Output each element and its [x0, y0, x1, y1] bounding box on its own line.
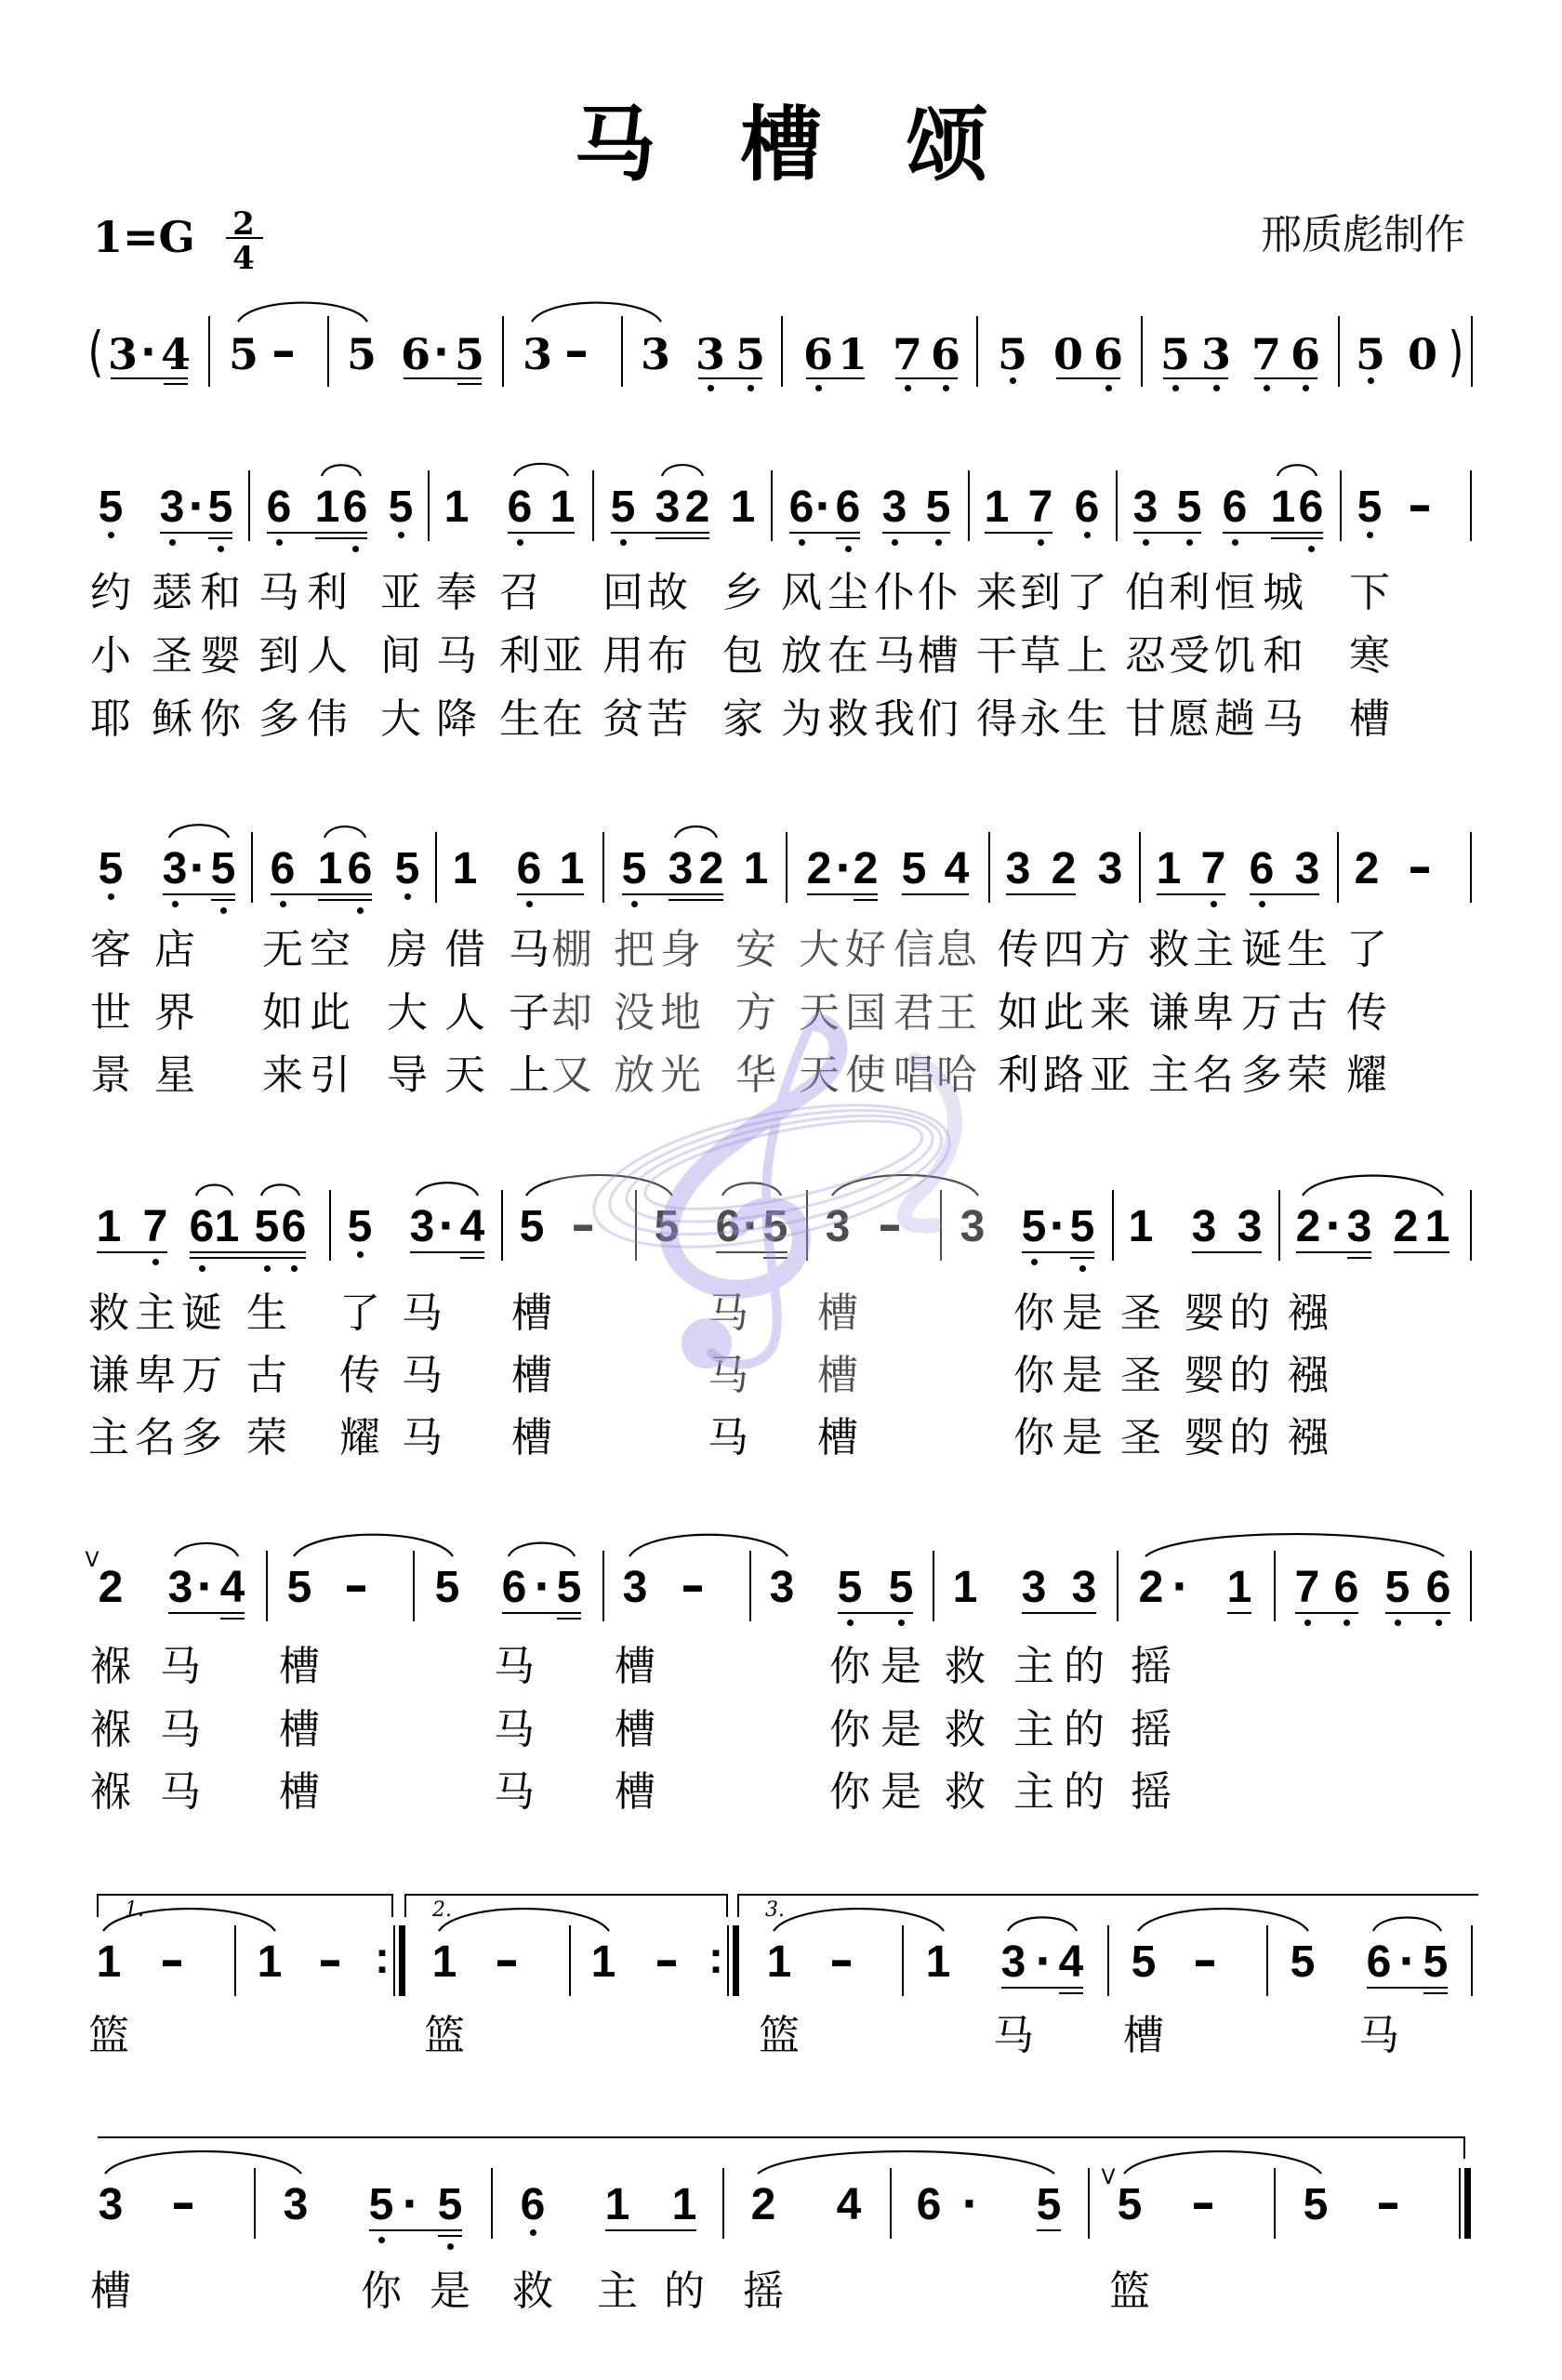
lyric-syllable: 和: [1263, 636, 1304, 677]
lyric-syllable: 传: [339, 1355, 380, 1396]
note: 5: [998, 333, 1027, 376]
low-octave-dot: [276, 539, 283, 546]
lyric-syllable: 圣: [1120, 1355, 1161, 1396]
low-octave-dot: [404, 893, 411, 900]
lyric-syllable: 槽: [511, 1355, 552, 1396]
low-octave-dot: [708, 385, 714, 391]
eighth-underline: [190, 1251, 306, 1253]
low-octave-dot: [199, 1265, 205, 1272]
volta-bracket-end: [1463, 2136, 1465, 2159]
volta-bracket-left: [737, 1894, 739, 1917]
low-octave-dot: [530, 2229, 536, 2236]
note: 6: [190, 1205, 215, 1249]
sustain-dash: -: [160, 1933, 184, 1985]
low-octave-dot: [1436, 1620, 1442, 1626]
lyric-syllable: 安: [735, 930, 776, 971]
lyric-syllable: 方: [735, 993, 776, 1034]
lyric-syllable: 槽: [279, 1646, 320, 1687]
note: 6: [917, 2183, 942, 2228]
barline: [1139, 832, 1141, 903]
lyric-syllable: 的: [1064, 1646, 1105, 1687]
sustain-dash: -: [271, 324, 296, 376]
note: 5: [99, 847, 124, 892]
eighth-underline: [1385, 1612, 1450, 1614]
lyric-syllable: 救: [1148, 930, 1189, 971]
barline: [592, 470, 594, 541]
lyric-syllable: 店: [154, 930, 195, 971]
lyric-syllable: 摇: [743, 2271, 784, 2312]
note: 6: [348, 847, 373, 892]
lyric-syllable: 小: [90, 636, 131, 677]
note: 5: [438, 2183, 463, 2228]
low-octave-dot: [152, 1259, 159, 1265]
note: 3: [695, 333, 725, 376]
lyric-syllable: 的: [1064, 1772, 1105, 1813]
low-octave-dot: [1344, 1620, 1350, 1626]
barline: [569, 1925, 571, 1996]
lyric-syllable: 无: [262, 930, 303, 971]
barline: [1471, 316, 1473, 387]
lyric-syllable: 上: [509, 1055, 549, 1096]
note: 6: [343, 485, 368, 530]
lyric-syllable: 马: [708, 1293, 748, 1334]
augmentation-dot: ·: [197, 1560, 215, 1612]
barline: [1471, 1925, 1473, 1996]
lyric-syllable: 亚: [1090, 1055, 1131, 1096]
note: 5: [1357, 485, 1383, 530]
low-octave-dot: [357, 1251, 364, 1258]
note: 5: [347, 333, 377, 376]
note: 1: [560, 847, 585, 892]
note: 5: [763, 1205, 788, 1249]
barline: [266, 1551, 268, 1621]
lyric-syllable: 回: [602, 573, 643, 614]
barline: [1112, 1190, 1114, 1261]
volta-bracket-continuation: [98, 2136, 1465, 2138]
note: 5: [348, 1205, 373, 1249]
lyric-syllable: 褓: [90, 1646, 131, 1687]
volta-bracket-right: [726, 1894, 728, 1917]
volta-bracket-top: [737, 1894, 1478, 1896]
lyric-syllable: 篮: [424, 2016, 465, 2056]
lyric-syllable: 亚: [380, 573, 421, 614]
low-octave-dot: [1143, 539, 1149, 546]
low-octave-dot: [905, 385, 911, 391]
sixteenth-underline: [318, 899, 372, 901]
lyric-syllable: 马: [874, 636, 915, 677]
eighth-underline: [1223, 532, 1323, 534]
lyric-syllable: 故: [647, 573, 688, 614]
low-octave-dot: [1031, 1259, 1038, 1265]
note: 5: [389, 485, 414, 530]
note: 5: [287, 1566, 312, 1610]
lyric-syllable: 马: [494, 1646, 535, 1687]
barline: [781, 316, 783, 387]
lyric-syllable: 槽: [1123, 2016, 1164, 2056]
lyric-syllable: 放: [781, 636, 822, 677]
lyric-syllable: 们: [918, 699, 959, 740]
lyric-syllable: 为: [781, 699, 822, 740]
lyric-syllable: 你: [829, 1646, 870, 1687]
barline: [1088, 2168, 1090, 2239]
lyric-syllable: 哈: [936, 1055, 977, 1096]
note: 3: [1192, 1205, 1217, 1249]
lyric-syllable: 却: [551, 993, 592, 1034]
lyric-syllable: 大: [799, 930, 840, 971]
repeat-thin-barline: [727, 1925, 729, 1996]
note: 1: [767, 1940, 792, 1985]
lyric-syllable: 褓: [90, 1772, 131, 1813]
lyric-syllable: 婴: [1184, 1355, 1224, 1396]
lyric-syllable: 槽: [279, 1710, 320, 1751]
lyric-syllable: 圣: [1120, 1293, 1161, 1334]
sustain-dash: -: [171, 2175, 195, 2228]
lyric-syllable: 了: [1066, 573, 1107, 614]
lyric-syllable: 马: [494, 1710, 535, 1751]
eighth-underline: [1157, 893, 1225, 895]
lyric-syllable: 饥: [1214, 636, 1255, 677]
lyric-syllable: 摇: [1131, 1772, 1171, 1813]
lyric-syllable: 你: [829, 1710, 870, 1751]
note: 6: [716, 1205, 741, 1249]
lyric-syllable: 主: [1013, 1710, 1054, 1751]
note: 3: [1001, 1940, 1026, 1985]
sixteenth-underline: [460, 1257, 484, 1259]
eighth-underline: [838, 1612, 913, 1614]
repeat-dots: :: [375, 1937, 390, 1981]
note: 6: [1426, 1566, 1451, 1610]
note: 1: [953, 1566, 978, 1610]
lyric-syllable: 君: [894, 993, 934, 1034]
note: 3: [641, 333, 670, 376]
note: 3: [882, 485, 907, 530]
note: 6: [1075, 485, 1100, 530]
lyric-syllable: 襁: [1288, 1355, 1329, 1396]
barline: [234, 1925, 236, 1996]
low-octave-dot: [845, 546, 852, 552]
lyric-syllable: 乡: [722, 573, 763, 614]
barline: [890, 2168, 892, 2239]
note: 5: [1291, 1940, 1316, 1985]
lyric-syllable: 奉: [436, 573, 477, 614]
eighth-underline: [1006, 893, 1076, 895]
lyric-syllable: 上: [1066, 636, 1107, 677]
lyric-syllable: 圣: [152, 636, 192, 677]
lyric-syllable: 婴: [200, 636, 241, 677]
lyric-syllable: 子: [509, 993, 549, 1034]
lyric-syllable: 伯: [1125, 573, 1166, 614]
barline: [329, 1190, 331, 1261]
sustain-dash: -: [564, 324, 589, 376]
note: 1: [591, 1940, 616, 1985]
augmentation-dot: ·: [535, 1560, 552, 1612]
lyric-syllable: 多: [181, 1418, 222, 1459]
low-octave-dot: [108, 532, 114, 538]
note: 3: [168, 1566, 193, 1610]
lyric-syllable: 马: [160, 1646, 201, 1687]
eighth-underline: [271, 893, 372, 895]
note: 3: [1006, 847, 1031, 892]
note: 7: [1028, 485, 1053, 530]
low-octave-dot: [631, 901, 638, 907]
note: 3: [623, 1566, 648, 1610]
barline: [1107, 1925, 1109, 1996]
augmentation-dot: ·: [403, 2177, 420, 2229]
lyric-syllable: 星: [154, 1055, 195, 1096]
note: 5: [255, 1205, 280, 1249]
note: 4: [837, 2183, 862, 2228]
close-paren: ): [1449, 324, 1464, 378]
note: 1: [1227, 1566, 1252, 1610]
sustain-dash: -: [1191, 2175, 1215, 2228]
note: 5: [838, 1566, 863, 1610]
barline: [786, 832, 788, 903]
lyric-syllable: 地: [660, 993, 701, 1034]
lyric-syllable: 城: [1263, 573, 1304, 614]
barline: [940, 1190, 942, 1261]
note: 5: [926, 485, 951, 530]
note: 3: [1072, 1566, 1097, 1610]
low-octave-dot: [1368, 377, 1374, 384]
lyric-syllable: 马: [160, 1772, 201, 1813]
lyric-syllable: 人: [307, 636, 348, 677]
note: 6: [1223, 485, 1248, 530]
lyric-syllable: 恒: [1214, 573, 1255, 614]
sixteenth-underline: [211, 899, 235, 901]
sixteenth-underline: [438, 2235, 462, 2237]
barline: [1141, 316, 1143, 387]
lyric-syllable: 导: [387, 1055, 428, 1096]
note: 7: [143, 1205, 168, 1249]
sixteenth-underline: [557, 1618, 581, 1620]
note: 3: [284, 2183, 309, 2228]
barline: [988, 832, 990, 903]
eighth-underline: [1192, 1251, 1262, 1253]
final-thick-barline: [1464, 2168, 1471, 2239]
note: 0: [1408, 333, 1437, 376]
volta-label: 2.: [432, 1900, 452, 1921]
lyric-syllable: 华: [735, 1055, 776, 1096]
note: 4: [460, 1205, 485, 1249]
low-octave-dot: [352, 546, 359, 552]
sixteenth-underline: [220, 1618, 245, 1620]
sixteenth-underline: [763, 1257, 788, 1259]
score-body: (3·45-56·53-3356176506537650)53·56165161…: [0, 0, 1562, 2380]
lyric-syllable: 没: [614, 993, 655, 1034]
eighth-underline: [97, 1251, 167, 1253]
sustain-dash: -: [344, 1558, 368, 1610]
lyric-syllable: 诞: [181, 1293, 222, 1334]
sixteenth-underline: [457, 383, 482, 385]
low-octave-dot: [1232, 539, 1238, 546]
note: 5: [1385, 1566, 1410, 1610]
augmentation-dot: ·: [1036, 1935, 1053, 1987]
eighth-underline: [508, 532, 575, 534]
lyric-syllable: 篮: [759, 2016, 800, 2056]
note: 5: [1304, 2183, 1329, 2228]
note: 2: [1052, 847, 1077, 892]
low-octave-dot: [220, 907, 227, 914]
note: 6: [502, 1566, 527, 1610]
repeat-dots: :: [708, 1937, 723, 1981]
lyric-syllable: 褓: [90, 1710, 131, 1751]
note: 1: [1271, 485, 1296, 530]
breath-mark: V: [85, 1551, 99, 1571]
note: 7: [1251, 333, 1281, 376]
note: 5: [655, 1205, 680, 1249]
note: 3: [1295, 847, 1320, 892]
lyric-syllable: 我: [874, 699, 915, 740]
lyric-syllable: 主: [1148, 1055, 1189, 1096]
augmentation-dot: ·: [1050, 1199, 1067, 1251]
low-octave-dot: [1213, 385, 1220, 391]
lyric-syllable: 马: [708, 1355, 748, 1396]
low-octave-dot: [517, 539, 523, 546]
eighth-underline: [882, 532, 950, 534]
lyric-syllable: 来: [262, 1055, 303, 1096]
note: 3: [826, 1205, 851, 1249]
barline: [621, 316, 623, 387]
augmentation-dot: ·: [439, 1199, 457, 1251]
low-octave-dot: [172, 901, 179, 907]
note: 6: [931, 333, 960, 376]
lyric-syllable: 马: [258, 573, 299, 614]
barline: [327, 316, 329, 387]
barline: [806, 1190, 808, 1261]
eighth-underline: [985, 532, 1052, 534]
lyric-syllable: 槽: [817, 1293, 858, 1334]
note: 6: [401, 333, 430, 376]
low-octave-dot: [1186, 539, 1193, 546]
note: 6: [803, 333, 833, 376]
volta-bracket-top: [404, 1894, 728, 1896]
sheet-music-page: 马 槽 颂 1=G 2 4 邢质彪制作 (3·45-56·53-33561765…: [0, 0, 1562, 2380]
sixteenth-underline: [190, 1257, 306, 1259]
lyric-syllable: 路: [1043, 1055, 1084, 1096]
lyric-syllable: 谦: [1148, 993, 1189, 1034]
repeat-thin-barline: [393, 1925, 395, 1996]
note: 6: [521, 2183, 546, 2228]
low-octave-dot: [935, 539, 942, 546]
sixteenth-underline: [1423, 1992, 1448, 1994]
lyric-syllable: 和: [200, 573, 241, 614]
lyric-syllable: 愿: [1169, 699, 1210, 740]
low-octave-dot: [291, 1265, 298, 1272]
lyric-syllable: 是: [1062, 1293, 1103, 1334]
lyric-syllable: 马: [402, 1355, 443, 1396]
sustain-dash: -: [571, 1197, 595, 1249]
barline: [428, 470, 430, 541]
lyric-syllable: 房: [387, 930, 428, 971]
barline: [1338, 316, 1340, 387]
note: 5: [1037, 2183, 1062, 2228]
note: 7: [1295, 1566, 1320, 1610]
note: 5: [211, 847, 236, 892]
sustain-dash: -: [1408, 478, 1432, 530]
lyric-syllable: 名: [1193, 1055, 1234, 1096]
sixteenth-underline: [1059, 1992, 1083, 1994]
low-octave-dot: [1303, 385, 1309, 391]
low-octave-dot: [1211, 901, 1217, 907]
low-octave-dot: [892, 539, 898, 546]
lyric-syllable: 是: [880, 1646, 921, 1687]
note: 1: [672, 2183, 697, 2228]
note: 6: [267, 485, 292, 530]
lyric-syllable: 马: [993, 2016, 1034, 2056]
lyric-syllable: 的: [1229, 1418, 1270, 1459]
lyric-syllable: 使: [845, 1055, 886, 1096]
sustain-dash: -: [1193, 1933, 1217, 1985]
low-octave-dot: [264, 1265, 271, 1272]
note: 2: [699, 847, 724, 892]
eighth-underline: [1250, 893, 1319, 895]
barline: [976, 316, 978, 387]
note: 1: [1129, 1205, 1154, 1249]
lyric-syllable: 天: [799, 1055, 840, 1096]
note: 6: [1291, 333, 1320, 376]
note: 2: [1139, 1566, 1164, 1610]
lyric-syllable: 主: [1193, 930, 1234, 971]
lyric-syllable: 的: [664, 2271, 705, 2312]
low-octave-dot: [526, 901, 533, 907]
lyric-syllable: 召: [499, 573, 540, 614]
note: 5: [395, 847, 420, 892]
barline: [1470, 1190, 1472, 1261]
lyric-syllable: 到: [258, 636, 299, 677]
low-octave-dot: [1038, 539, 1044, 546]
eighth-underline: [1227, 1612, 1251, 1614]
note: 5: [902, 847, 927, 892]
note: 1: [315, 485, 340, 530]
lyric-syllable: 马: [402, 1418, 443, 1459]
lyric-syllable: 你: [361, 2271, 402, 2312]
lyric-syllable: 借: [444, 930, 485, 971]
lyric-syllable: 救: [945, 1772, 986, 1813]
augmentation-dot: ·: [190, 841, 207, 893]
lyric-syllable: 是: [880, 1772, 921, 1813]
augmentation-dot: ·: [743, 1199, 761, 1251]
lyric-syllable: 多: [1241, 1055, 1282, 1096]
low-octave-dot: [169, 539, 176, 546]
note: 5: [1423, 1940, 1449, 1985]
lyric-syllable: 马: [494, 1772, 535, 1813]
eighth-underline: [605, 2229, 696, 2231]
eighth-underline: [902, 893, 969, 895]
sixteenth-underline: [854, 899, 878, 901]
sixteenth-underline: [655, 537, 709, 539]
lyric-syllable: 忍: [1125, 636, 1166, 677]
lyric-syllable: 主: [88, 1418, 129, 1459]
lyric-syllable: 主: [1013, 1646, 1054, 1687]
note: 2: [99, 1566, 124, 1610]
barline: [502, 316, 504, 387]
low-octave-dot: [218, 546, 224, 552]
lyric-syllable: 主: [597, 2271, 638, 2312]
barline: [602, 832, 604, 903]
note: 6: [1334, 1566, 1359, 1610]
lyric-syllable: 尘: [827, 573, 868, 614]
lyric-syllable: 救: [945, 1646, 986, 1687]
lyric-syllable: 景: [90, 1055, 131, 1096]
barline: [501, 1190, 503, 1261]
lyric-syllable: 槽: [90, 2271, 131, 2312]
lyric-syllable: 生: [246, 1293, 287, 1334]
note: 1: [550, 485, 576, 530]
lyric-syllable: 在: [827, 636, 868, 677]
lyric-syllable: 此: [310, 993, 351, 1034]
lyric-syllable: 国: [845, 993, 886, 1034]
note: 6: [1093, 333, 1123, 376]
